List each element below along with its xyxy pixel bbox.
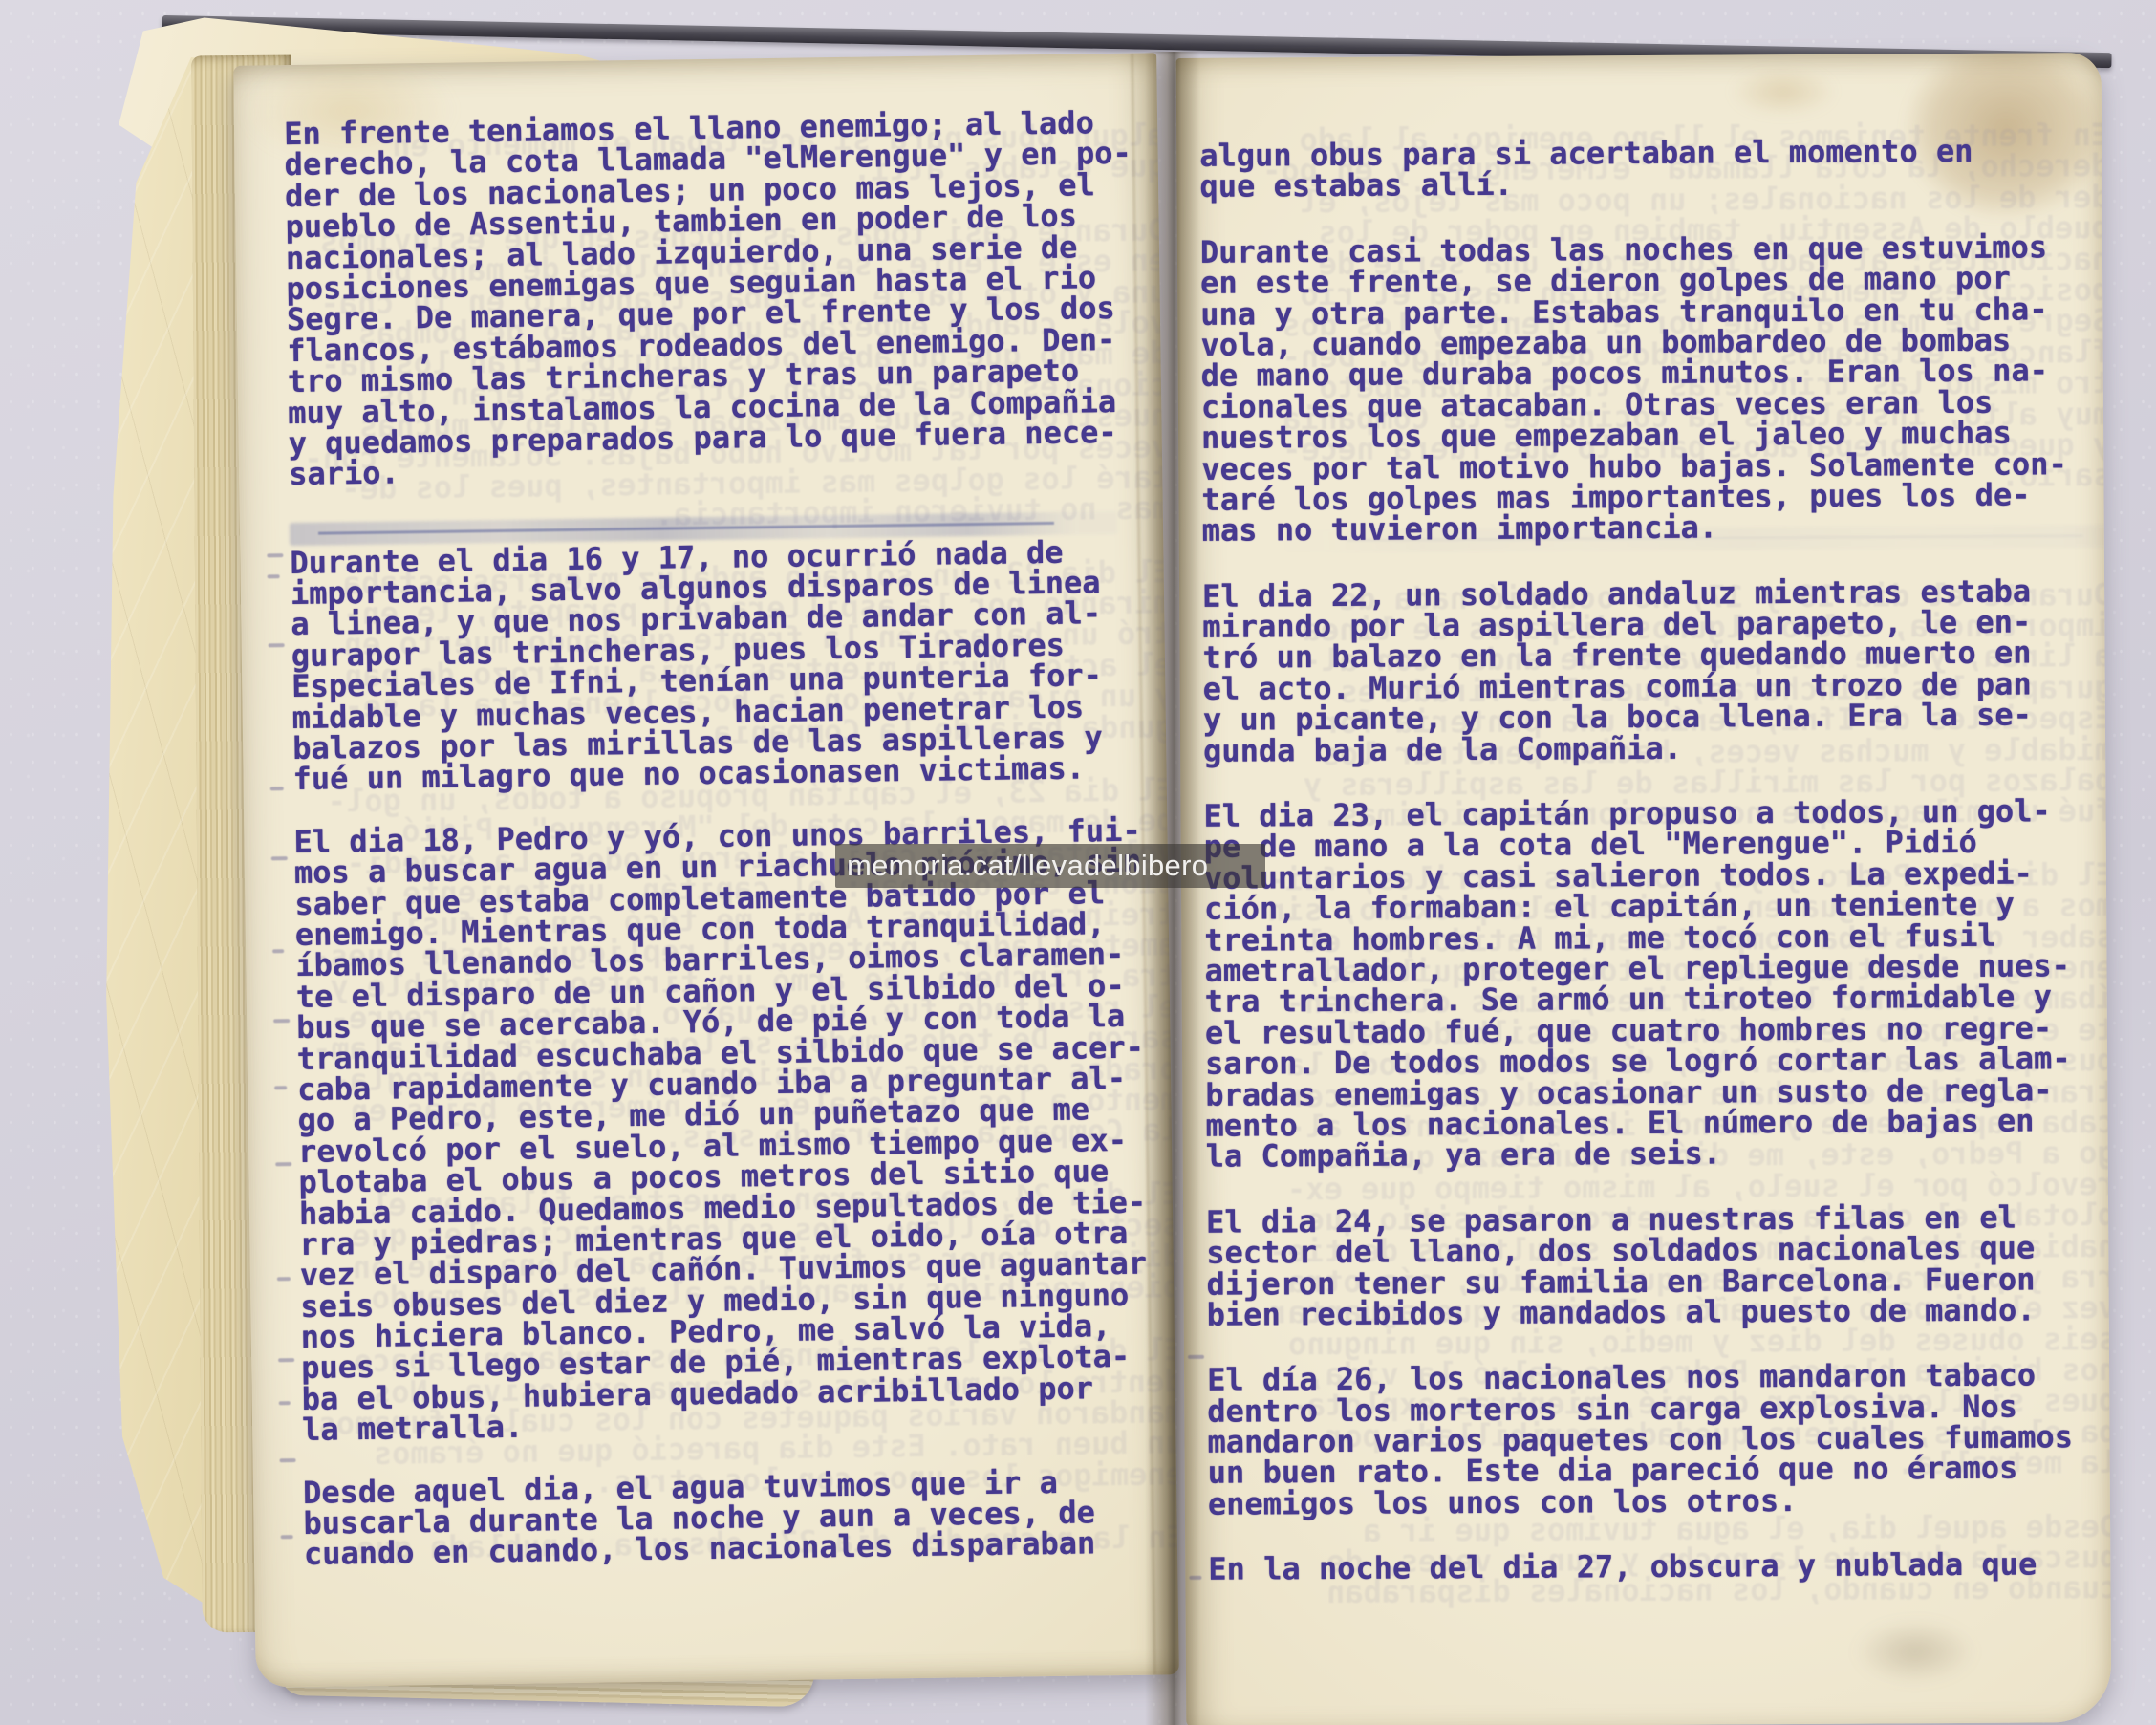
scanned-notebook-photo: algun obus para si acertaban el momento …	[0, 0, 2156, 1725]
text-line: bien recibidos y mandados al puesto de m…	[1207, 1294, 2109, 1330]
paragraph: El día 26, los nacionales nos mandaron t…	[1207, 1359, 2110, 1520]
text-line: la Compañia, ya era de seis.	[1206, 1135, 2108, 1172]
paragraph: En frente teniamos el llano enemigo; al …	[284, 106, 1162, 489]
paragraph: El dia 18, Pedro y yó, con unos barriles…	[293, 814, 1175, 1446]
paragraph: El dia 24, se pasaron a nuestras filas e…	[1206, 1201, 2109, 1330]
text-line: gunda baja de la Compañia.	[1203, 730, 2105, 766]
paragraph: Desde aquel dia, el agua tuvimos que ir …	[303, 1465, 1177, 1570]
text-line: En la noche del dia 27, obscura y nublad…	[1208, 1548, 2110, 1585]
text-line: mas no tuvieron importancia.	[1202, 509, 2104, 546]
paragraph: En la noche del dia 27, obscura y nublad…	[1208, 1548, 2110, 1585]
text-line: enemigos los unos con los otros.	[1208, 1483, 2110, 1520]
paragraph: El dia 23, el capitán propuso a todos, u…	[1203, 795, 2107, 1172]
text-line: algun obus para si acertaban el momento …	[1199, 135, 2102, 171]
text-line: que estabas allí.	[1199, 165, 2102, 202]
right-page-text: algun obus para si acertaban el momento …	[1176, 53, 2112, 1725]
paragraph: Durante casi todas las noches en que est…	[1200, 231, 2104, 547]
watermark-url: memoria.cat/llevadelbibero	[835, 849, 1208, 883]
paragraph: Durante el dia 16 y 17, no ocurrió nada …	[290, 535, 1167, 795]
watermark-overlay: memoria.cat/llevadelbibero	[835, 844, 1265, 888]
paragraph: algun obus para si acertaban el momento …	[1199, 135, 2102, 203]
paragraph: El dia 22, un soldado andaluz mientras e…	[1202, 575, 2105, 766]
right-page: En frente teniamos el llano enemigo; al …	[1176, 53, 2112, 1725]
